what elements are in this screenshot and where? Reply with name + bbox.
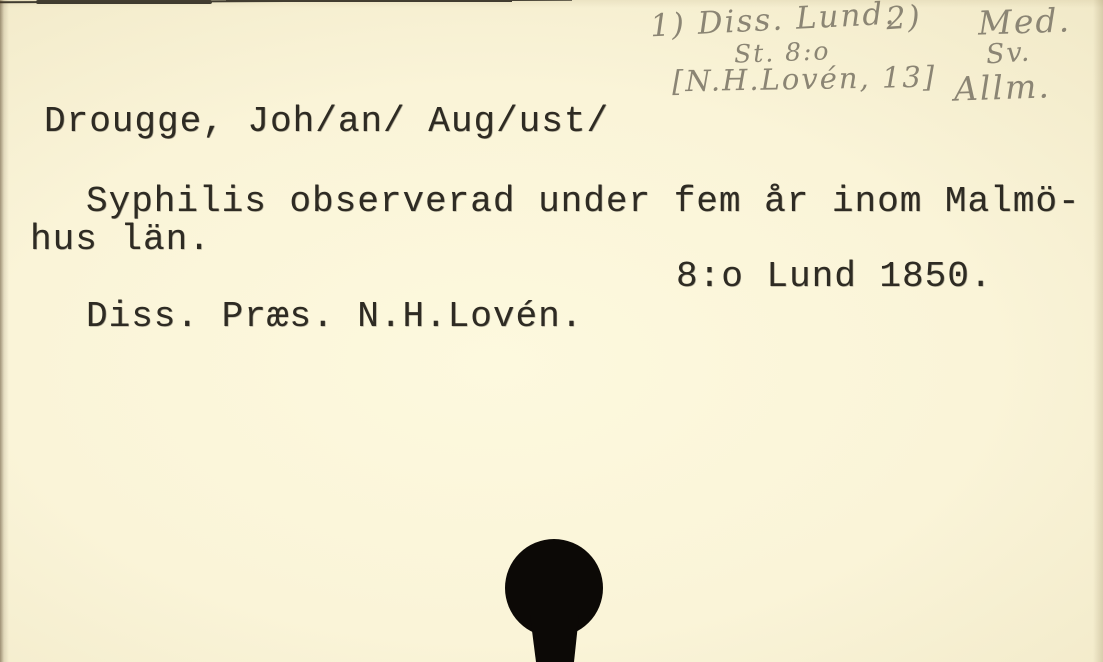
punch-hole-icon	[0, 0, 1103, 662]
catalog-card: 1) Diss. Lund. 2) Med. St. 8:o Sv. [N.H.…	[0, 0, 1103, 662]
